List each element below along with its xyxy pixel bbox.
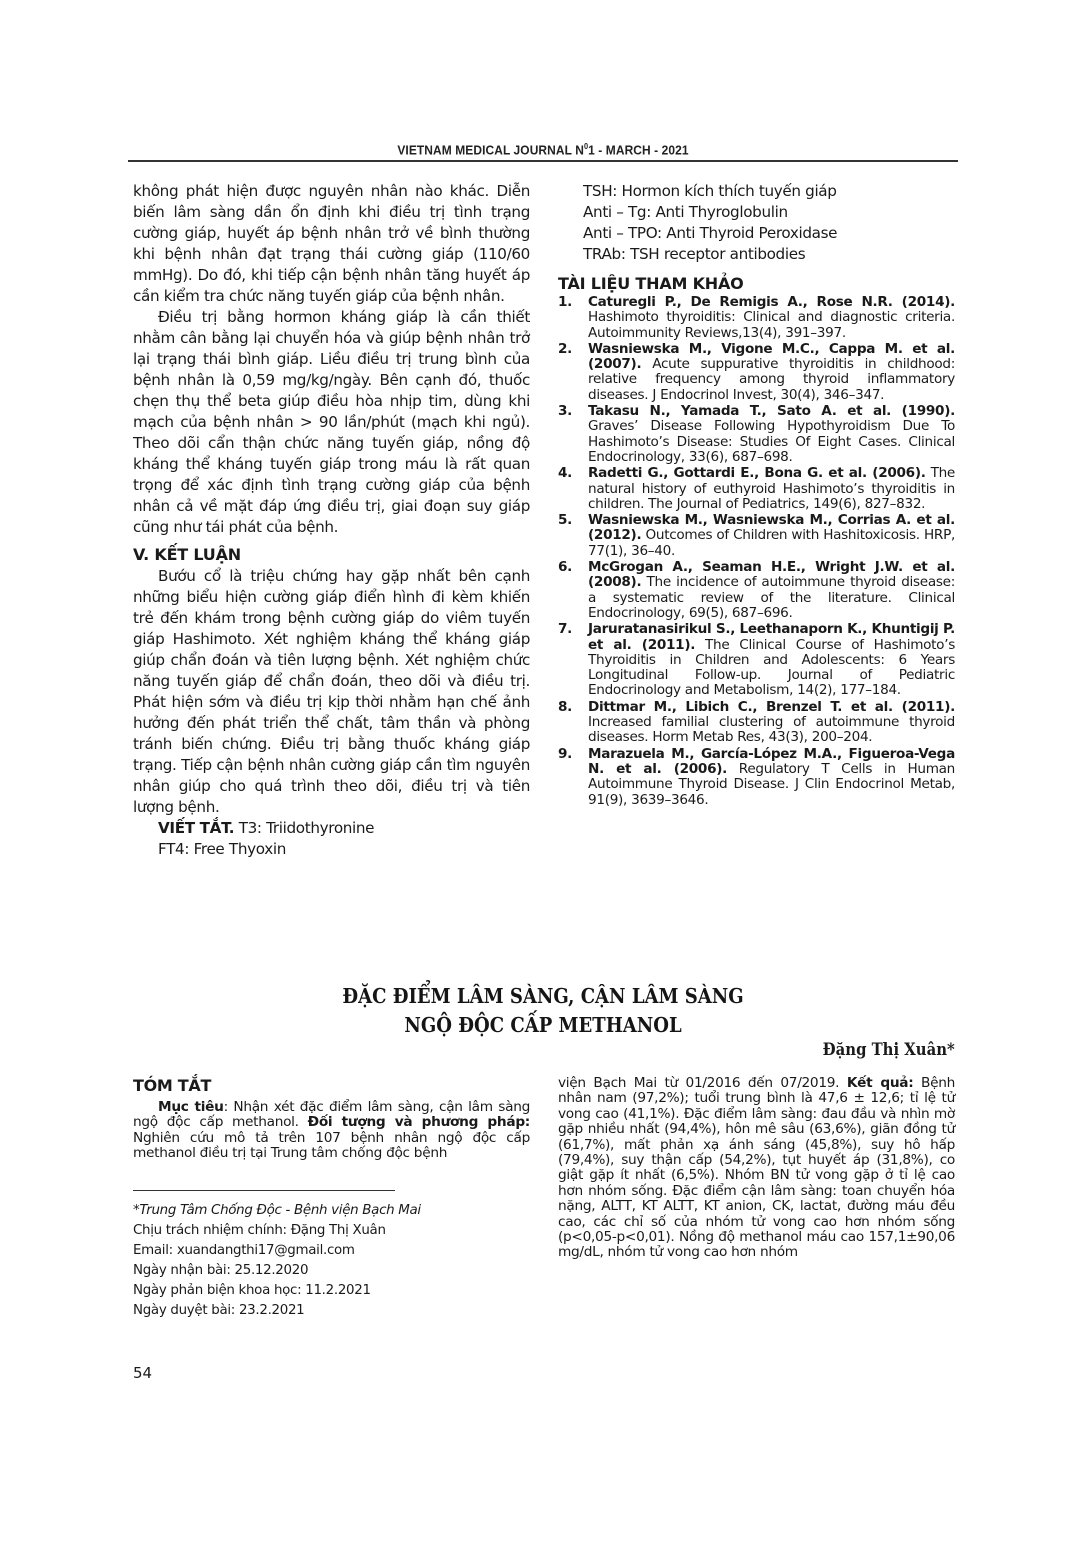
affiliation: *Trung Tâm Chống Độc - Bệnh viện Bạch Ma… xyxy=(133,1201,530,1221)
reference-authors: Dittmar M., Libich C., Brenzel T. et al.… xyxy=(588,699,955,715)
abstract-heading: TÓM TẮT xyxy=(133,1076,530,1096)
review-date: Ngày phản biện khoa học: 11.2.2021 xyxy=(133,1281,530,1301)
received-date: Ngày nhận bài: 25.12.2020 xyxy=(133,1261,530,1281)
reference-number: 9. xyxy=(558,747,572,762)
reference-number: 5. xyxy=(558,513,572,528)
abstract-right: viện Bạch Mai từ 01/2016 đến 07/2019. Kế… xyxy=(558,1076,955,1261)
left-column: không phát hiện được nguyên nhân nào khá… xyxy=(133,181,530,860)
responsible-author: Chịu trách nhiệm chính: Đặng Thị Xuân xyxy=(133,1221,530,1241)
header-rule xyxy=(128,160,958,162)
reference-text: Increased familial clustering of autoimm… xyxy=(588,714,955,745)
reference-item: 6.McGrogan A., Seaman H.E., Wright J.W. … xyxy=(558,560,955,621)
reference-number: 3. xyxy=(558,404,572,419)
results-label: Kết quả: xyxy=(847,1075,914,1091)
reference-text: Graves’ Disease Following Hypothyroidism… xyxy=(588,418,955,465)
references-heading: TÀI LIỆU THAM KHẢO xyxy=(558,273,955,294)
reference-number: 7. xyxy=(558,622,572,637)
discussion-paragraph-1: không phát hiện được nguyên nhân nào khá… xyxy=(133,181,530,307)
abbreviation-trab: TRAb: TSH receptor antibodies xyxy=(583,244,955,265)
reference-item: 1.Caturegli P., De Remigis A., Rose N.R.… xyxy=(558,295,955,341)
footnotes: *Trung Tâm Chống Độc - Bệnh viện Bạch Ma… xyxy=(133,1201,530,1321)
journal-page: VIETNAM MEDICAL JOURNAL N01 - MARCH - 20… xyxy=(0,0,1090,1541)
issue-date: 1 - MARCH - 2021 xyxy=(588,142,689,157)
abbreviation-anti-tg: Anti – Tg: Anti Thyroglobulin xyxy=(583,202,955,223)
journal-name: VIETNAM MEDICAL JOURNAL N xyxy=(397,142,584,157)
conclusion-paragraph: Bướu cổ là triệu chứng hay gặp nhất bên … xyxy=(133,566,530,818)
reference-authors: Takasu N., Yamada T., Sato A. et al. (19… xyxy=(588,403,955,419)
results-text: Bệnh nhân nam (97,2%); tuổi trung bình l… xyxy=(558,1075,955,1260)
reference-number: 4. xyxy=(558,466,572,481)
right-column: TSH: Hormon kích thích tuyến giáp Anti –… xyxy=(558,181,955,809)
reference-number: 8. xyxy=(558,700,572,715)
reference-text: Outcomes of Children with Hashitoxicosis… xyxy=(588,527,955,558)
reference-authors: Caturegli P., De Remigis A., Rose N.R. (… xyxy=(588,294,955,310)
methods-label: Đối tượng và phương pháp: xyxy=(308,1114,530,1130)
reference-text: Acute suppurative thyroiditis in childho… xyxy=(588,356,955,403)
abbreviation-t3: T3: Triidothyronine xyxy=(234,819,374,837)
reference-item: 7.Jaruratanasirikul S., Leethanaporn K.,… xyxy=(558,622,955,698)
reference-number: 2. xyxy=(558,342,572,357)
author-email: Email: xuandangthi17@gmail.com xyxy=(133,1241,530,1261)
abstract-left: TÓM TẮT Mục tiêu: Nhận xét đặc điểm lâm … xyxy=(133,1076,530,1162)
reference-item: 5.Wasniewska M., Wasniewska M., Corrias … xyxy=(558,513,955,559)
page-number: 54 xyxy=(133,1364,152,1382)
methods-text: Nghiên cứu mô tả trên 107 bệnh nhân ngộ … xyxy=(133,1130,530,1161)
discussion-paragraph-2: Điều trị bằng hormon kháng giáp là cần t… xyxy=(133,307,530,538)
article-title-line-1: ĐẶC ĐIỂM LÂM SÀNG, CẬN LÂM SÀNG xyxy=(178,982,908,1011)
reference-item: 9.Marazuela M., García-López M.A., Figue… xyxy=(558,747,955,808)
approval-date: Ngày duyệt bài: 23.2.2021 xyxy=(133,1301,530,1321)
article-title: ĐẶC ĐIỂM LÂM SÀNG, CẬN LÂM SÀNG NGỘ ĐỘC … xyxy=(178,982,908,1040)
abbreviations-label: VIẾT TẮT. xyxy=(158,819,234,837)
reference-number: 6. xyxy=(558,560,572,575)
reference-number: 1. xyxy=(558,295,572,310)
abbreviations-first-line: VIẾT TẮT. T3: Triidothyronine xyxy=(133,818,530,839)
reference-item: 3.Takasu N., Yamada T., Sato A. et al. (… xyxy=(558,404,955,465)
abbreviation-ft4: FT4: Free Thyoxin xyxy=(158,839,530,860)
abbreviation-tsh: TSH: Hormon kích thích tuyến giáp xyxy=(583,181,955,202)
continued-text: viện Bạch Mai từ 01/2016 đến 07/2019. xyxy=(558,1075,847,1091)
reference-item: 4.Radetti G., Gottardi E., Bona G. et al… xyxy=(558,466,955,512)
abstract-continued: viện Bạch Mai từ 01/2016 đến 07/2019. Kế… xyxy=(558,1076,955,1261)
conclusion-heading: V. KẾT LUẬN xyxy=(133,544,530,565)
article-author: Đặng Thị Xuân* xyxy=(823,1040,955,1059)
abstract-paragraph: Mục tiêu: Nhận xét đặc điểm lâm sàng, cậ… xyxy=(133,1100,530,1162)
reference-text: Hashimoto thyroiditis: Clinical and diag… xyxy=(588,309,955,340)
article-title-line-2: NGỘ ĐỘC CẤP METHANOL xyxy=(178,1011,908,1040)
reference-item: 2.Wasniewska M., Vigone M.C., Cappa M. e… xyxy=(558,342,955,403)
abbreviation-anti-tpo: Anti – TPO: Anti Thyroid Peroxidase xyxy=(583,223,955,244)
reference-item: 8.Dittmar M., Libich C., Brenzel T. et a… xyxy=(558,700,955,746)
reference-authors: Radetti G., Gottardi E., Bona G. et al. … xyxy=(588,465,926,481)
running-header: VIETNAM MEDICAL JOURNAL N01 - MARCH - 20… xyxy=(161,142,925,157)
reference-text: The incidence of autoimmune thyroid dise… xyxy=(588,574,955,621)
footnote-rule xyxy=(133,1190,395,1191)
objective-label: Mục tiêu xyxy=(158,1099,224,1115)
reference-list: 1.Caturegli P., De Remigis A., Rose N.R.… xyxy=(558,295,955,808)
